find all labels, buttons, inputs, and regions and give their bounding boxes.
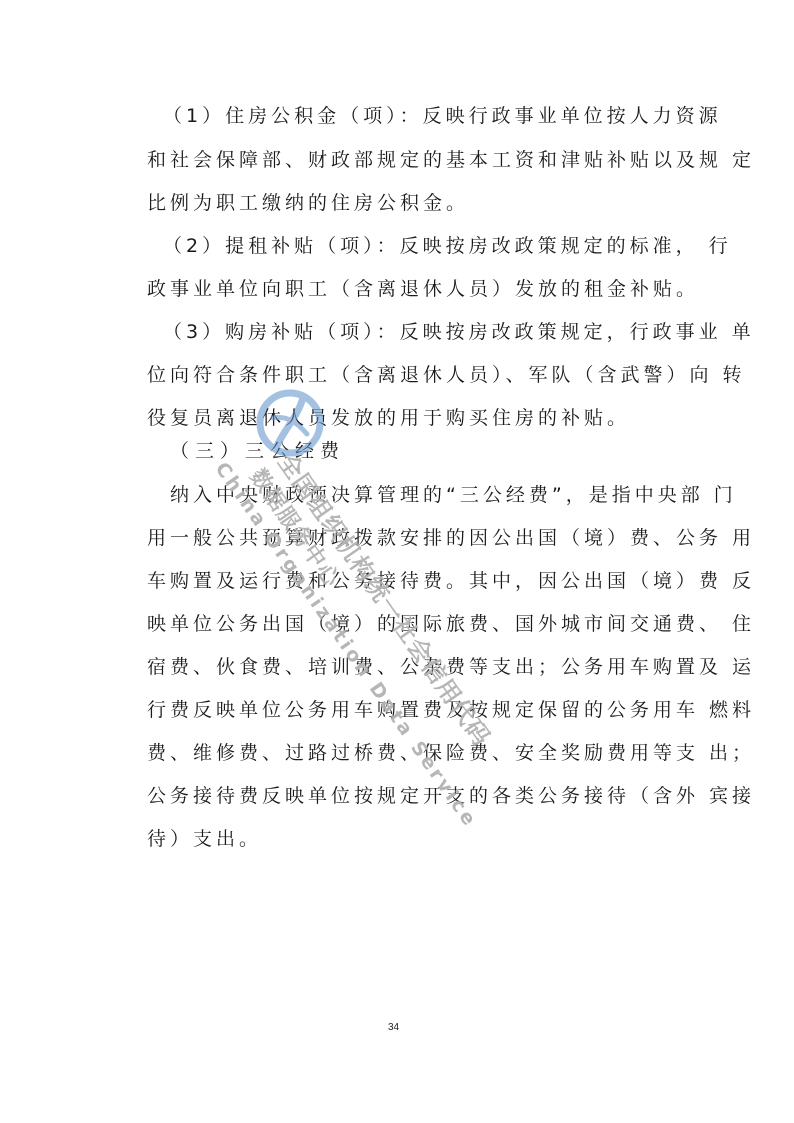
paragraph-line: 公务接待费反映单位按规定开支的各类公务接待（含外 宾接 [147, 784, 695, 808]
paragraph-line: （2）提租补贴（项）：反映按房改政策规定的标准， 行 [163, 234, 695, 258]
section-heading: （三）三公经费 [170, 439, 345, 463]
paragraph-line: 役复员离退休人员发放的用于购买住房的补贴。 [147, 406, 695, 430]
paragraph-line: （1）住房公积金（项）：反映行政事业单位按人力资源 [163, 104, 695, 128]
paragraph-line: 车购置及运行费和公务接待费。其中，因公出国（境）费 反 [147, 569, 695, 593]
document-page: （1）住房公积金（项）：反映行政事业单位按人力资源 和社会保障部、财政部规定的基… [0, 0, 794, 1123]
paragraph-line: 纳入中央财政预决算管理的“三公经费”，是指中央部 门 [170, 483, 695, 507]
paragraph-line: 待）支出。 [147, 827, 695, 851]
paragraph-line: 宿费、伙食费、培训费、公杂费等支出；公务用车购置及 运 [147, 655, 695, 679]
paragraph-line: 行费反映单位公务用车购置费及按规定保留的公务用车 燃料 [147, 698, 695, 722]
paragraph-line: 费、维修费、过路过桥费、保险费、安全奖励费用等支 出； [147, 741, 695, 765]
page-number: 34 [388, 1022, 399, 1033]
paragraph-line: 映单位公务出国（境）的国际旅费、国外城市间交通费、 住 [147, 612, 695, 636]
paragraph-line: 用一般公共预算财政拨款安排的因公出国（境）费、公务 用 [147, 526, 695, 550]
paragraph-line: 政事业单位向职工（含离退休人员）发放的租金补贴。 [147, 277, 695, 301]
paragraph-line: 比例为职工缴纳的住房公积金。 [147, 191, 695, 215]
paragraph-line: 位向符合条件职工（含离退休人员）、军队（含武警）向 转 [147, 363, 695, 387]
paragraph-line: （3）购房补贴（项）：反映按房改政策规定，行政事业 单 [163, 320, 695, 344]
watermark-line-2: 数据服务中心 [244, 462, 507, 819]
paragraph-line: 和社会保障部、财政部规定的基本工资和津贴补贴以及规 定 [147, 148, 695, 172]
watermark-line-3: China Organization Data Service [211, 458, 482, 832]
